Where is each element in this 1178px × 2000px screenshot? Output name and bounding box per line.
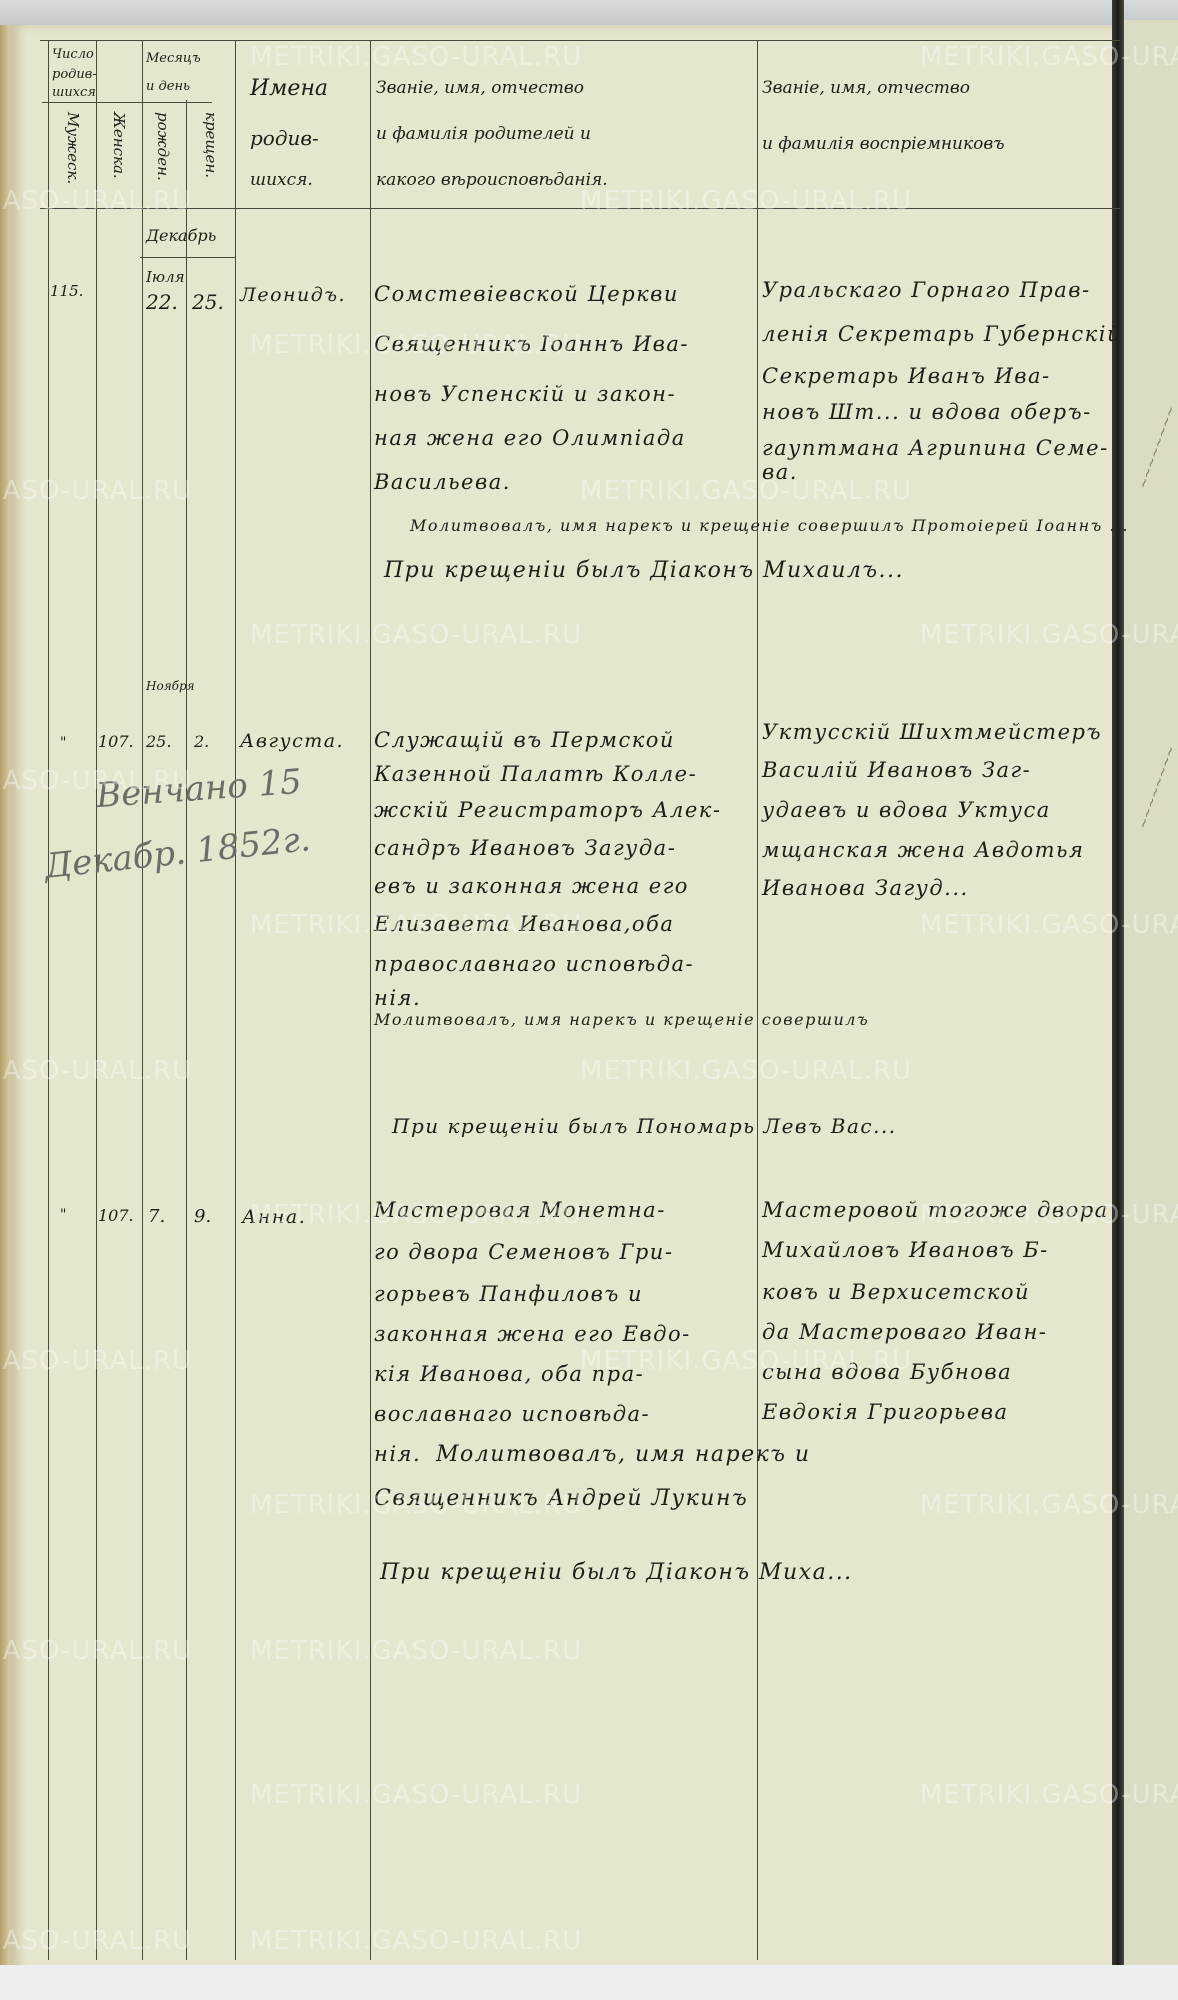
entry-2-godparents-line: Уктусскій Шихтмейстеръ — [762, 722, 1102, 743]
entry-3-parents-line: вославнаго исповѣда- — [374, 1404, 650, 1425]
entry-3-godparents-line: Михайловъ Ивановъ Б- — [762, 1240, 1049, 1261]
entry-1-birth-day: 22. — [146, 292, 178, 312]
entry-1-parents-line: Васильева. — [374, 472, 511, 493]
entry-1-godparents-line: гауптмана Агрипина Семе- — [762, 438, 1109, 459]
entry-3-parents-line: законная жена его Евдо- — [374, 1324, 691, 1345]
entry-2-godparents-line: мщанская жена Авдотья — [762, 840, 1084, 861]
entry-3-female-number: 107. — [98, 1208, 134, 1224]
entry-2-birth-month: Ноября — [146, 680, 195, 692]
photo-background-bottom — [0, 1965, 1178, 2000]
entry-1-parents-line: новъ Успенскій и закон- — [374, 384, 676, 405]
entry-2-godparents-line: Василій Ивановъ Заг- — [762, 760, 1031, 781]
header-godparents-line2: и фамилія воспріемниковъ — [762, 136, 1005, 153]
column-rule — [96, 40, 97, 1960]
header-names-line1: Имена — [250, 78, 328, 100]
column-rule — [370, 40, 371, 1960]
column-rule — [235, 40, 236, 1960]
entry-2-parents-line: жскій Регистраторъ Алек- — [374, 800, 721, 821]
entry-3-godparents-line: сына вдова Бубнова — [762, 1362, 1012, 1383]
header-month-line1: Месяцъ — [146, 52, 201, 65]
adjacent-page-scribble: ~~~~~~~~ — [1136, 404, 1178, 491]
entry-1-godparents-line: Секретарь Иванъ Ива- — [762, 366, 1051, 387]
header-baptism-vertical: крещен. — [203, 112, 218, 178]
book-spine — [1112, 0, 1124, 2000]
entry-3-godparents-line: Евдокія Григорьева — [762, 1402, 1009, 1423]
entry-2-parents-line: евъ и законная жена его — [374, 876, 689, 897]
column-rule — [757, 40, 758, 1960]
entry-1-godparents-line: новъ Шт... и вдова оберъ- — [762, 402, 1092, 423]
entry-2-rite-note: Молитвовалъ, имя нарекъ и крещеніе совер… — [374, 1012, 869, 1028]
entry-1-baptism-witness: При крещеніи былъ Діаконъ Михаилъ... — [384, 560, 904, 582]
header-birth-vertical: рожден. — [155, 112, 170, 181]
entry-2-parents-line: нія. — [374, 988, 421, 1009]
entry-2-parents-line: сандръ Ивановъ Загуда- — [374, 838, 676, 859]
column-rule — [48, 40, 49, 1960]
header-names-line2: родив- — [250, 128, 319, 148]
entry-2-parents-line: православнаго исповѣда- — [374, 954, 694, 975]
entry-3-parents-line: Мастеровая Монетна- — [374, 1200, 666, 1221]
entry-1-godparents-line: ва. — [762, 462, 798, 483]
entry-1-parents-line: Сомстевіевской Церкви — [374, 284, 679, 305]
entry-3-parents-line: горьевъ Панфиловъ и — [374, 1284, 643, 1305]
entry-2-godparents-line: удаевъ и вдова Уктуса — [762, 800, 1051, 821]
entry-1-godparents-line: Уральскаго Горнаго Прав- — [762, 280, 1091, 301]
header-names-line3: шихся. — [250, 172, 313, 189]
entry-3-male-number: " — [60, 1208, 66, 1222]
entry-2-birth-day: 25. — [146, 734, 171, 750]
entry-2-parents-line: Казенной Палатѣ Колле- — [374, 764, 697, 785]
entry-1-birth-month: Іюля — [146, 270, 185, 285]
entry-2-parents-line: Служащій въ Пермской — [374, 730, 675, 751]
header-parents-line2: и фамилія родителей и — [376, 126, 591, 143]
entry-1-baptism-day: 25. — [192, 292, 224, 312]
month-marker: Декабрь — [146, 228, 216, 244]
header-female-vertical: Женска. — [111, 112, 126, 179]
month-marker-rule — [140, 257, 236, 258]
entry-3-godparents-line: Мастеровой тогоже двора — [762, 1200, 1109, 1221]
top-rule — [40, 40, 1120, 41]
entry-3-godparents-line: да Мастероваго Иван- — [762, 1322, 1047, 1343]
entry-1-male-number: 115. — [50, 284, 83, 299]
header-male-vertical: Мужеск. — [65, 112, 80, 184]
entry-3-rite-note: Молитвовалъ, имя нарекъ и — [436, 1444, 811, 1466]
header-parents-line1: Званіе, имя, отчество — [376, 80, 584, 97]
adjacent-page-sliver: ~~~~~~~~ ~~~~~~~~ — [1124, 20, 1178, 2000]
entry-3-parents-line: го двора Семеновъ Гри- — [374, 1242, 673, 1263]
header-parents-line3: какого вѣроисповѣданія. — [376, 172, 608, 189]
adjacent-page-scribble: ~~~~~~~~ — [1136, 744, 1178, 831]
header-number-line1: Число — [52, 48, 94, 61]
entry-3-godparents-line: ковъ и Верхисетской — [762, 1282, 1030, 1303]
header-month-line2: и день — [146, 80, 190, 93]
entry-1-name: Леонидъ. — [240, 286, 346, 305]
entry-2-parents-line: Елизавета Иванова,оба — [374, 914, 674, 935]
register-page — [10, 25, 1130, 1973]
entry-1-rite-note: Молитвовалъ, имя нарекъ и крещеніе совер… — [410, 518, 1129, 534]
entry-3-birth-day: 7. — [148, 1208, 165, 1226]
entry-1-godparents-line: ленія Секретарь Губернскій — [762, 324, 1122, 345]
header-number-line3: шихся — [52, 86, 96, 99]
entry-2-male-number: " — [60, 736, 66, 750]
header-number-line2: родив- — [52, 68, 97, 81]
column-rule — [186, 100, 187, 1960]
header-bottom-rule — [40, 208, 1120, 209]
entry-3-name: Анна. — [242, 1208, 306, 1227]
entry-3-baptism-witness: При крещеніи былъ Діаконъ Миха... — [380, 1562, 853, 1584]
entry-1-parents-line: ная жена его Олимпіада — [374, 428, 686, 449]
entry-1-parents-line: Священникъ Іоаннъ Ива- — [374, 334, 689, 355]
entry-3-baptism-day: 9. — [194, 1208, 211, 1226]
entry-2-baptism-day: 2. — [194, 734, 209, 750]
entry-2-female-number: 107. — [98, 734, 134, 750]
entry-3-parents-line: кія Иванова, оба пра- — [374, 1364, 644, 1385]
header-godparents-line1: Званіе, имя, отчество — [762, 80, 970, 97]
entry-3-rite-priest: Священникъ Андрей Лукинъ — [374, 1488, 748, 1510]
column-rule — [142, 40, 143, 1960]
entry-2-name: Августа. — [240, 732, 344, 751]
entry-2-godparents-line: Иванова Загуд... — [762, 878, 969, 899]
entry-2-baptism-witness: При крещеніи былъ Пономарь Левъ Вас... — [392, 1116, 897, 1136]
entry-3-parents-line: нія. — [374, 1444, 421, 1465]
